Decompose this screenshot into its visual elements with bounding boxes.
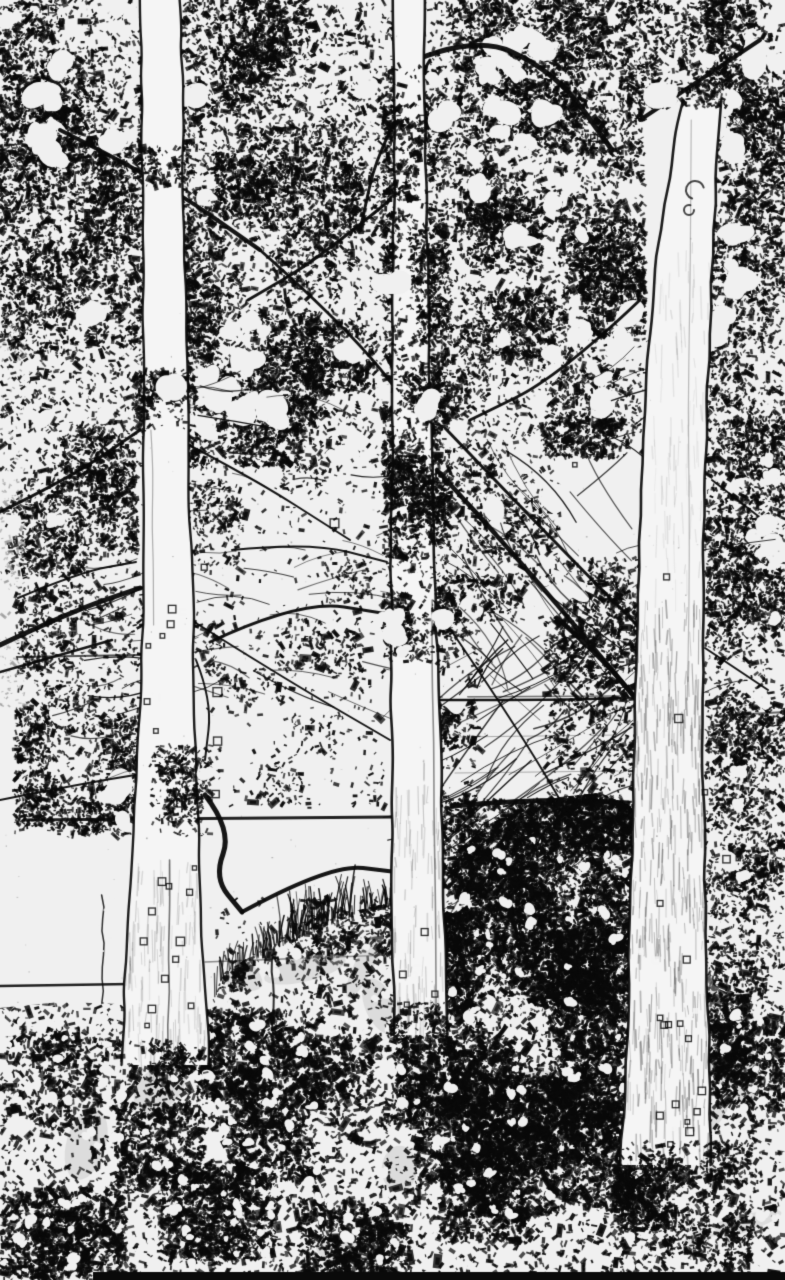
tree-sketch-canvas	[0, 0, 785, 1280]
sketch-figure	[0, 0, 785, 1280]
